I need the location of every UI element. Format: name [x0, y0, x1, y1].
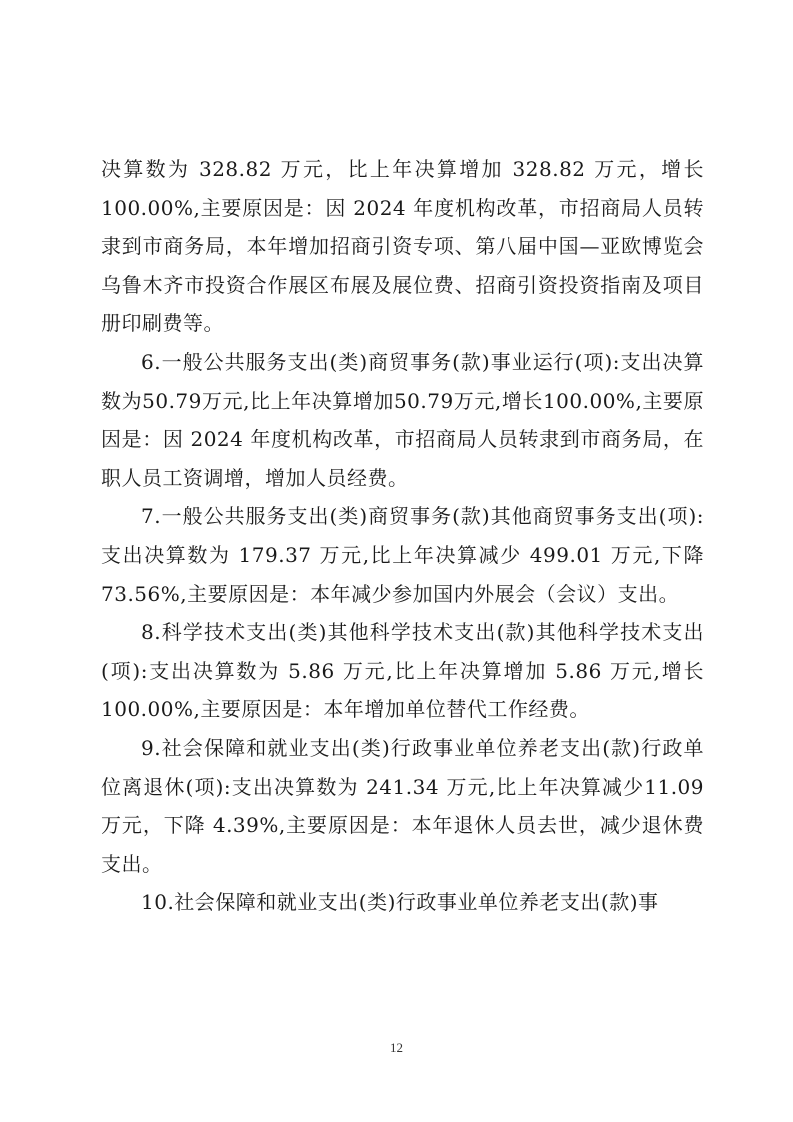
- page-number: 12: [0, 1040, 793, 1056]
- paragraph-item-8: 8.科学技术支出(类)其他科学技术支出(款)其他科学技术支出(项):支出决算数为…: [101, 613, 704, 729]
- paragraph-item-10: 10.社会保障和就业支出(类)行政事业单位养老支出(款)事: [101, 883, 704, 922]
- document-body: 决算数为 328.82 万元，比上年决算增加 328.82 万元，增长100.0…: [101, 150, 704, 922]
- paragraph-item-6: 6.一般公共服务支出(类)商贸事务(款)事业运行(项):支出决算数为50.79万…: [101, 343, 704, 497]
- paragraph-continuation-item-5: 决算数为 328.82 万元，比上年决算增加 328.82 万元，增长100.0…: [101, 150, 704, 343]
- paragraph-item-7: 7.一般公共服务支出(类)商贸事务(款)其他商贸事务支出(项):支出决算数为 1…: [101, 497, 704, 613]
- paragraph-item-9: 9.社会保障和就业支出(类)行政事业单位养老支出(款)行政单位离退休(项):支出…: [101, 729, 704, 883]
